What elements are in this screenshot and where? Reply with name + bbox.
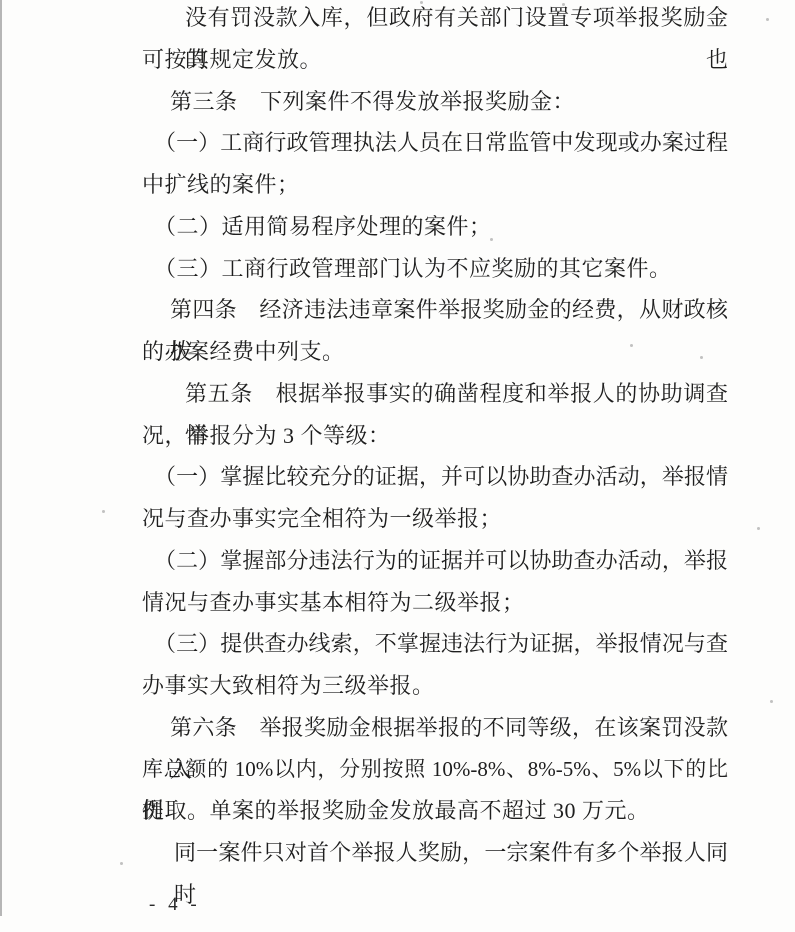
text-line: 第六条 举报奖励金根据举报的不同等级，在该案罚没款入 xyxy=(142,707,728,749)
text-line: 中扩线的案件； xyxy=(142,164,728,206)
scan-speck xyxy=(770,700,773,703)
text-line: 第三条 下列案件不得发放举报奖励金： xyxy=(142,81,728,123)
scan-speck xyxy=(562,3,565,6)
text-line: 办事实大致相符为三级举报。 xyxy=(142,665,728,707)
text-line: 情况与查办事实基本相符为二级举报； xyxy=(142,582,728,624)
text-line: 第五条 根据举报事实的确凿程度和举报人的协助调查情 xyxy=(142,373,728,415)
text-line: （三）工商行政管理部门认为不应奖励的其它案件。 xyxy=(142,248,728,290)
scanned-document-page: 没有罚没款入库，但政府有关部门设置专项举报奖励金的也 可按其规定发放。 第三条 … xyxy=(0,0,795,932)
scan-speck xyxy=(757,527,760,530)
text-line: 第四条 经济违法违章案件举报奖励金的经费，从财政核拨 xyxy=(142,289,728,331)
scan-speck xyxy=(102,510,105,513)
scan-speck xyxy=(490,238,493,241)
text-line: （一）工商行政管理执法人员在日常监管中发现或办案过程 xyxy=(142,122,728,164)
text-line: 的办案经费中列支。 xyxy=(142,331,728,373)
text-line: 况与查办事实完全相符为一级举报； xyxy=(142,498,728,540)
scan-speck xyxy=(700,356,703,359)
text-line: （一）掌握比较充分的证据，并可以协助查办活动，举报情 xyxy=(142,456,728,498)
text-line: 提取。单案的举报奖励金发放最高不超过 30 万元。 xyxy=(142,790,728,832)
text-line: 况，举报分为 3 个等级： xyxy=(142,415,728,457)
text-line: 没有罚没款入库，但政府有关部门设置专项举报奖励金的也 xyxy=(142,0,728,39)
text-line: （二）适用简易程序处理的案件； xyxy=(142,206,728,248)
page-number: - 4 - xyxy=(149,894,201,916)
scan-speck xyxy=(630,344,633,347)
scan-edge-artifact xyxy=(0,0,2,916)
scan-speck xyxy=(420,1,423,4)
scan-speck xyxy=(766,18,769,21)
document-body: 没有罚没款入库，但政府有关部门设置专项举报奖励金的也 可按其规定发放。 第三条 … xyxy=(142,0,728,874)
text-line: （二）掌握部分违法行为的证据并可以协助查办活动，举报 xyxy=(142,540,728,582)
scan-speck xyxy=(120,862,123,865)
text-line: （三）提供查办线索，不掌握违法行为证据，举报情况与查 xyxy=(142,623,728,665)
text-line: 库总额的 10%以内，分别按照 10%-8%、8%-5%、5%以下的比例 xyxy=(142,749,728,791)
text-line: 同一案件只对首个举报人奖励，一宗案件有多个举报人同时 xyxy=(142,832,728,874)
